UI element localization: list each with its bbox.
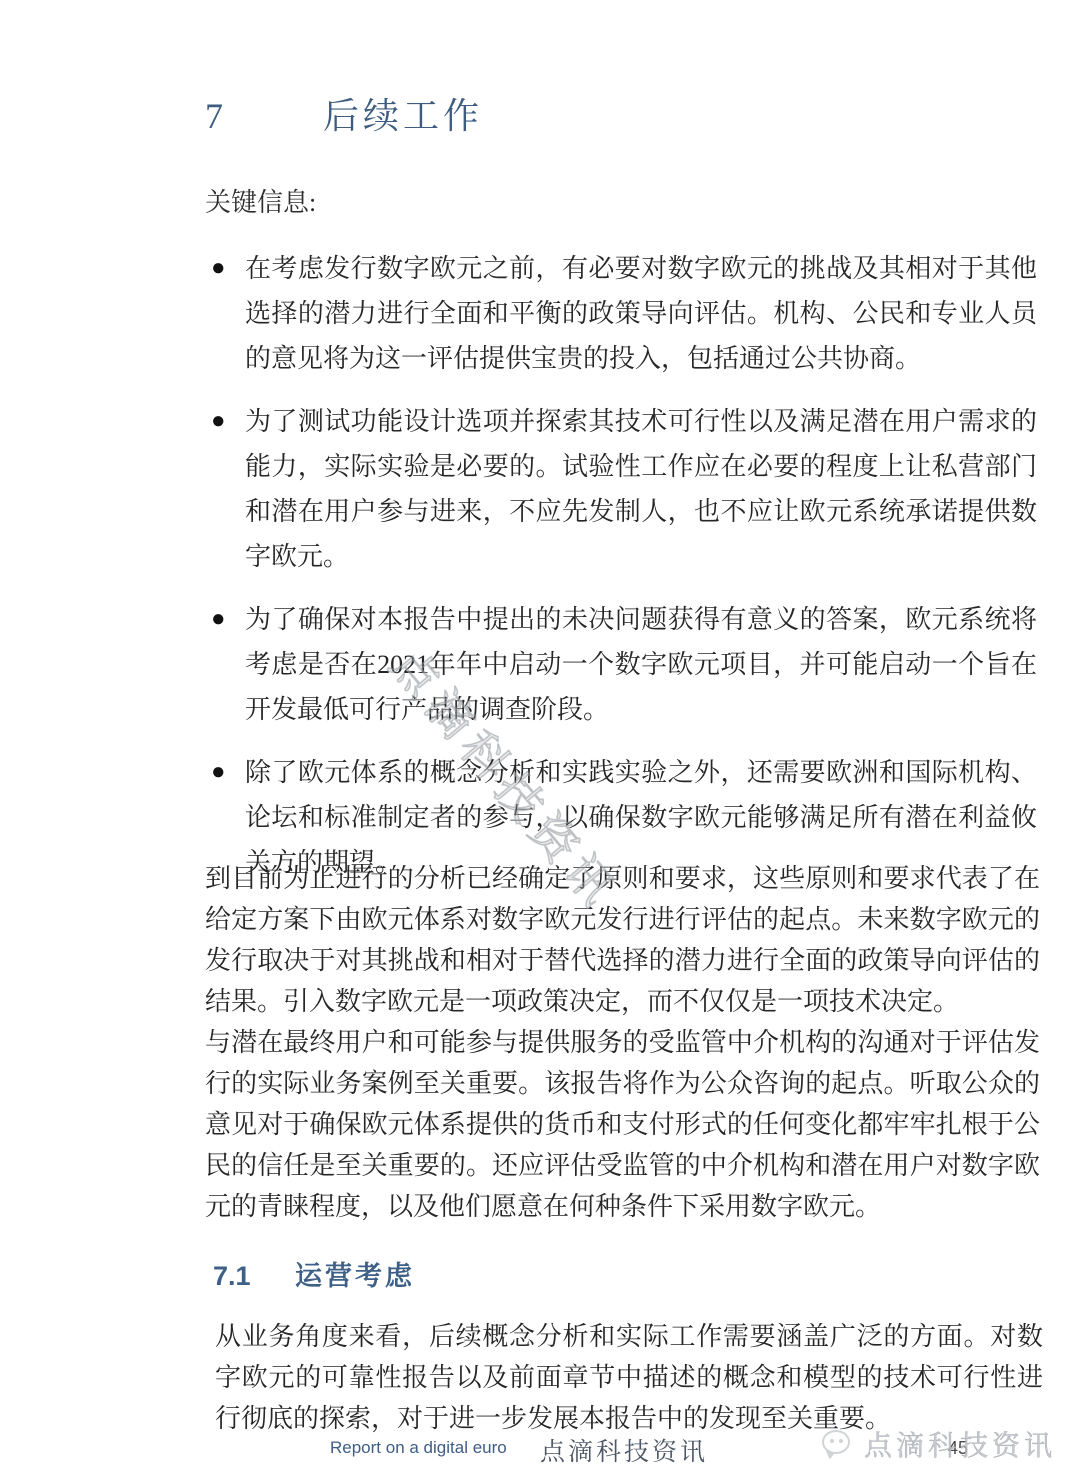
body-paragraphs: 到目前为止进行的分析已经确定了原则和要求，这些原则和要求代表了在给定方案下由欧元… xyxy=(205,858,1040,1227)
footer-report-title: Report on a digital euro xyxy=(330,1438,507,1458)
subsection-number: 7.1 xyxy=(213,1261,295,1292)
footer-watermark: 点滴科技资讯 xyxy=(820,1424,1056,1464)
section-number: 7 xyxy=(205,95,323,137)
key-info-label: 关键信息: xyxy=(205,182,316,219)
wechat-smiley-icon xyxy=(820,1428,856,1460)
paragraph: 与潜在最终用户和可能参与提供服务的受监管中介机构的沟通对于评估发行的实际业务案例… xyxy=(205,1022,1040,1227)
footer-watermark-text: 点滴科技资讯 xyxy=(864,1424,1056,1464)
subsection-heading: 7.1 运营考虑 xyxy=(213,1254,415,1293)
bullet-item: ● 在考虑发行数字欧元之前，有必要对数字欧元的挑战及其相对于其他选择的潜力进行全… xyxy=(205,246,1037,381)
bullet-marker-icon: ● xyxy=(211,597,226,642)
section-title: 后续工作 xyxy=(323,88,483,139)
bullet-text: 为了测试功能设计选项并探索其技术可行性以及满足潜在用户需求的能力，实际实验是必要… xyxy=(245,407,1037,571)
subsection-title: 运营考虑 xyxy=(295,1254,415,1293)
bullet-text: 在考虑发行数字欧元之前，有必要对数字欧元的挑战及其相对于其他选择的潜力进行全面和… xyxy=(245,254,1037,373)
paragraph: 到目前为止进行的分析已经确定了原则和要求，这些原则和要求代表了在给定方案下由欧元… xyxy=(205,858,1040,1022)
footer-brand-text: 点滴科技资讯 xyxy=(540,1432,708,1468)
bullet-item: ● 为了确保对本报告中提出的未决问题获得有意义的答案，欧元系统将考虑是否在202… xyxy=(205,597,1037,732)
subsection-paragraph: 从业务角度来看，后续概念分析和实际工作需要涵盖广泛的方面。对数字欧元的可靠性报告… xyxy=(215,1316,1043,1439)
bullet-marker-icon: ● xyxy=(211,246,226,291)
bullet-marker-icon: ● xyxy=(211,399,226,444)
key-info-bullet-list: ● 在考虑发行数字欧元之前，有必要对数字欧元的挑战及其相对于其他选择的潜力进行全… xyxy=(205,246,1037,903)
document-page: 7 后续工作 关键信息: ● 在考虑发行数字欧元之前，有必要对数字欧元的挑战及其… xyxy=(0,0,1080,1468)
bullet-text: 为了确保对本报告中提出的未决问题获得有意义的答案，欧元系统将考虑是否在2021年… xyxy=(245,605,1037,724)
section-heading: 7 后续工作 xyxy=(205,88,483,139)
bullet-marker-icon: ● xyxy=(211,750,226,795)
bullet-item: ● 为了测试功能设计选项并探索其技术可行性以及满足潜在用户需求的能力，实际实验是… xyxy=(205,399,1037,579)
